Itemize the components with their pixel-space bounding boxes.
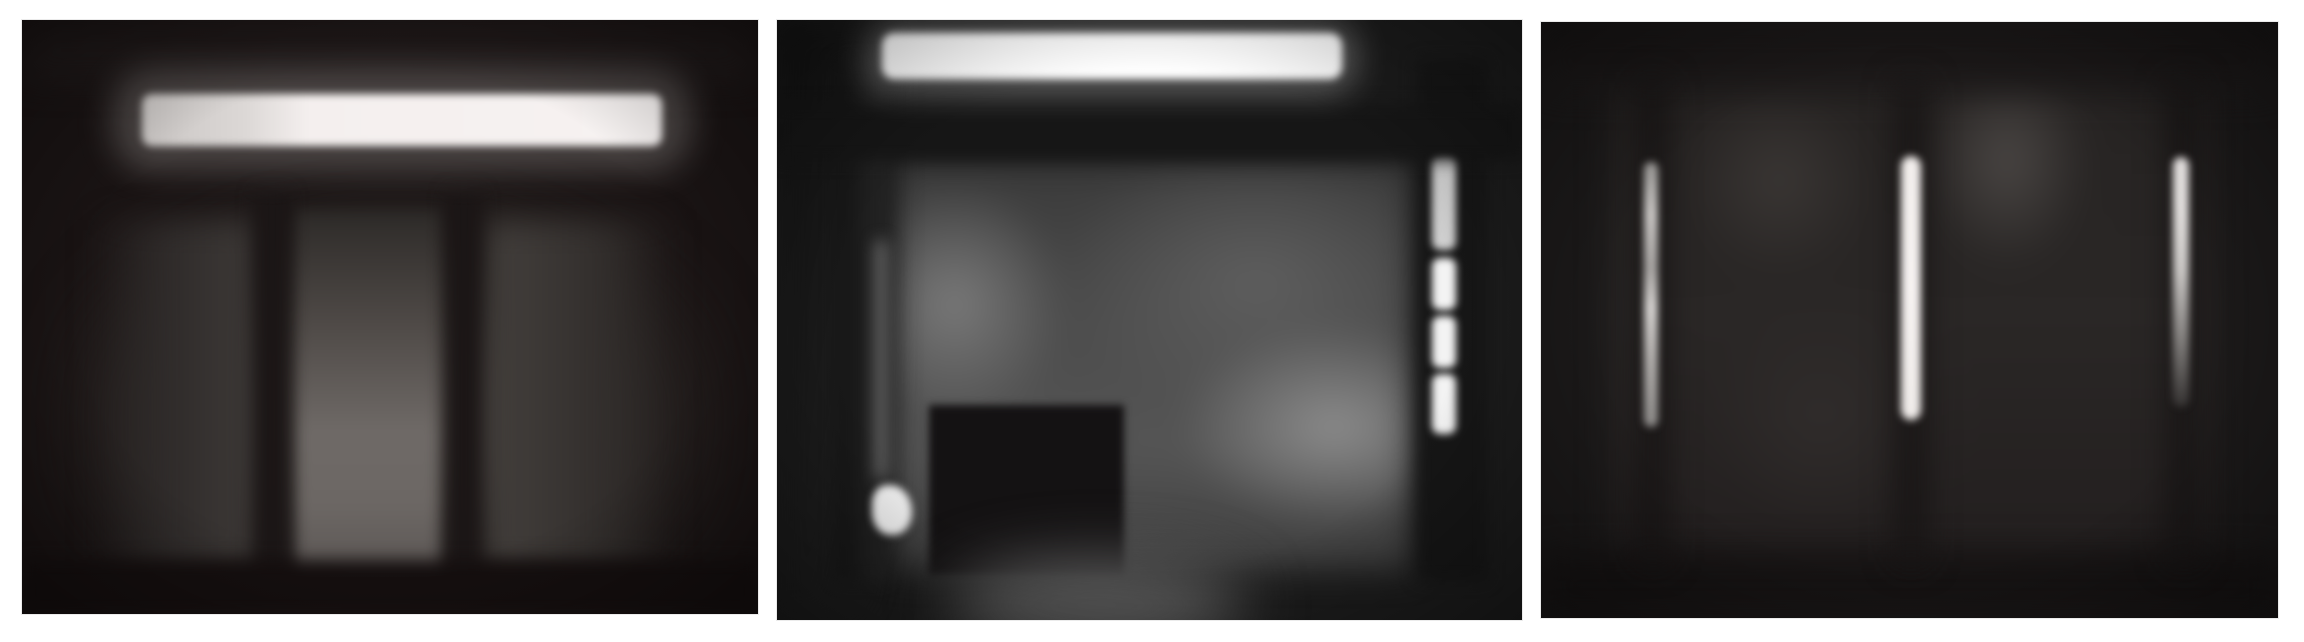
horizontal-skylight <box>142 94 662 146</box>
floor-band <box>22 560 758 614</box>
right-window-segment <box>1432 155 1456 250</box>
right-window-pane <box>485 220 675 570</box>
right-light-slit <box>2173 157 2189 407</box>
right-window-segment <box>1432 316 1456 368</box>
lower-left-light-spot <box>872 485 912 535</box>
left-light-slit <box>1644 162 1658 427</box>
ceiling-band <box>777 105 1522 160</box>
center-light-slit <box>1901 156 1921 420</box>
right-window-segment <box>1432 258 1456 310</box>
left-edge-light <box>877 240 885 480</box>
dark-box <box>929 405 1124 575</box>
photo-three-light-slits <box>1541 22 2278 618</box>
horizontal-skylight <box>882 33 1342 79</box>
right-mullion <box>446 190 482 590</box>
photo-skylight-three-panes <box>22 20 758 614</box>
left-window-pane <box>92 220 257 570</box>
center-window-pane <box>294 210 442 580</box>
left-mullion <box>254 190 290 590</box>
photo-room-with-box <box>777 20 1522 620</box>
right-window-segment <box>1432 374 1456 434</box>
